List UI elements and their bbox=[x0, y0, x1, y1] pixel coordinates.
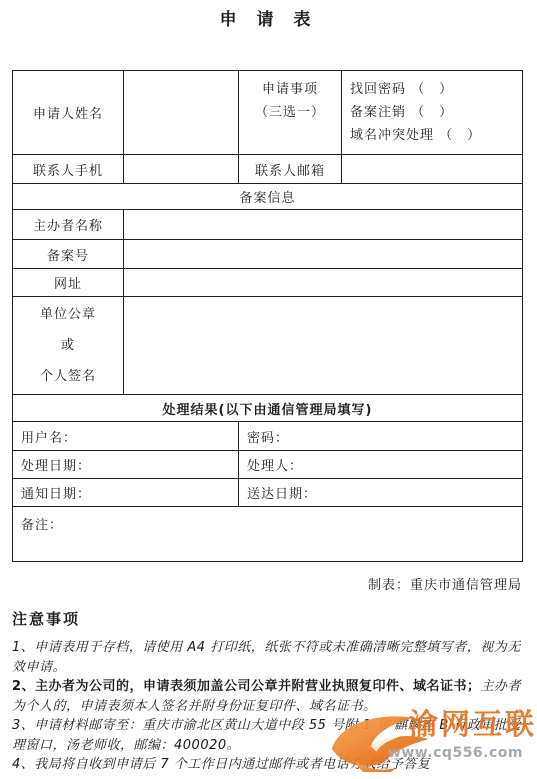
processor-cell: 处理人： bbox=[239, 451, 523, 479]
option-beian-cancel: 备案注销 （ ） bbox=[350, 101, 522, 124]
section-header-result: 处理结果(以下由通信管理局填写) bbox=[13, 395, 523, 422]
username-cell: 用户名： bbox=[13, 422, 239, 451]
note-1-text: 1、申请表用于存档，请使用 A4 打印纸，纸张不符或未准确清晰完整填写者，视为无… bbox=[12, 640, 521, 675]
remark-cell: 备注： bbox=[13, 507, 523, 562]
organizer-name-label: 主办者名称 bbox=[13, 210, 124, 240]
seal-label-line3: 个人签名 bbox=[13, 361, 123, 392]
website-label: 网址 bbox=[13, 269, 124, 297]
applicant-name-label: 申请人姓名 bbox=[13, 71, 124, 155]
delivery-date-cell: 送达日期： bbox=[239, 479, 523, 507]
table-row: 单位公章 或 个人签名 bbox=[13, 297, 523, 395]
table-row: 联系人手机 联系人邮箱 bbox=[13, 155, 523, 184]
table-row: 备案信息 bbox=[13, 184, 523, 210]
notes-heading: 注意事项 bbox=[12, 608, 527, 629]
application-matter-label: 申请事项 （三选一） bbox=[239, 71, 342, 155]
application-matter-line2: （三选一） bbox=[239, 101, 341, 124]
organizer-name-input bbox=[124, 210, 523, 240]
seal-or-signature-label: 单位公章 或 个人签名 bbox=[13, 297, 124, 395]
process-date-cell: 处理日期： bbox=[13, 451, 239, 479]
form-maker-line: 制表：重庆市通信管理局 bbox=[12, 574, 522, 593]
page-title: 申 请 表 bbox=[0, 0, 537, 32]
password-cell: 密码： bbox=[239, 422, 523, 451]
beian-number-label: 备案号 bbox=[13, 240, 124, 269]
table-row: 用户名： 密码： bbox=[13, 422, 523, 451]
table-row: 处理日期： 处理人： bbox=[13, 451, 523, 479]
seal-label-line1: 单位公章 bbox=[13, 299, 123, 330]
option-domain-conflict: 域名冲突处理 （ ） bbox=[350, 124, 522, 147]
watermark: 渝网互联 www.cq556.com bbox=[323, 686, 537, 778]
watermark-brand-text: 渝网互联 bbox=[409, 708, 537, 740]
table-row: 通知日期： 送达日期： bbox=[13, 479, 523, 507]
application-matter-line1: 申请事项 bbox=[239, 78, 341, 101]
beian-number-input bbox=[124, 240, 523, 269]
application-options: 找回密码 （ ） 备案注销 （ ） 域名冲突处理 （ ） bbox=[342, 71, 523, 155]
option-retrieve-password: 找回密码 （ ） bbox=[350, 78, 522, 101]
table-row: 申请人姓名 申请事项 （三选一） 找回密码 （ ） 备案注销 （ ） 域名冲突处… bbox=[13, 71, 523, 155]
section-header-beian: 备案信息 bbox=[13, 184, 523, 210]
table-row: 主办者名称 bbox=[13, 210, 523, 240]
table-row: 网址 bbox=[13, 269, 523, 297]
contact-phone-label: 联系人手机 bbox=[13, 155, 124, 184]
website-input bbox=[124, 269, 523, 297]
application-form-table: 申请人姓名 申请事项 （三选一） 找回密码 （ ） 备案注销 （ ） 域名冲突处… bbox=[12, 70, 523, 562]
contact-email-label: 联系人邮箱 bbox=[239, 155, 342, 184]
applicant-name-input bbox=[124, 71, 239, 155]
table-row: 备注： bbox=[13, 507, 523, 562]
notify-date-cell: 通知日期： bbox=[13, 479, 239, 507]
table-row: 备案号 bbox=[13, 240, 523, 269]
watermark-url-text: www.cq556.com bbox=[388, 745, 523, 761]
seal-label-line2: 或 bbox=[13, 330, 123, 361]
seal-or-signature-area bbox=[124, 297, 523, 395]
contact-email-input bbox=[342, 155, 523, 184]
table-row: 处理结果(以下由通信管理局填写) bbox=[13, 395, 523, 422]
contact-phone-input bbox=[124, 155, 239, 184]
note-1: 1、申请表用于存档，请使用 A4 打印纸，纸张不符或未准确清晰完整填写者，视为无… bbox=[12, 638, 527, 677]
